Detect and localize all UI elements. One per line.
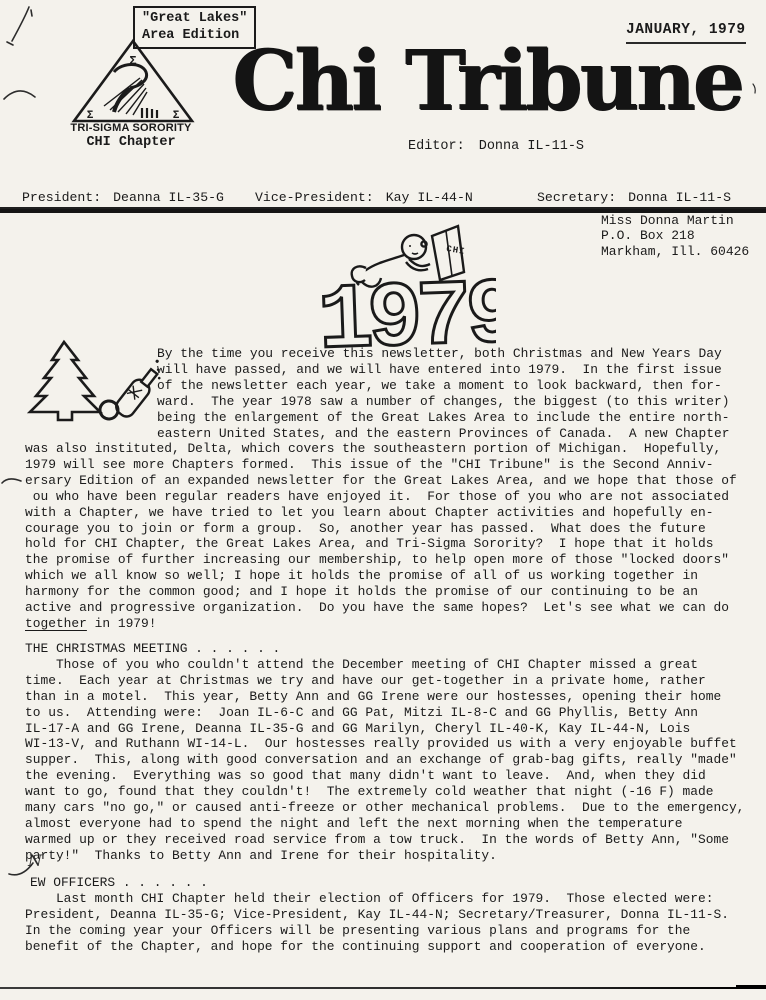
christmas-meeting-heading: THE CHRISTMAS MEETING . . . . . . [25, 641, 744, 657]
underlined-word: together [25, 616, 87, 631]
new-officers-heading: EW OFFICERS . . . . . . [30, 875, 208, 891]
officer-president-name: Deanna IL-35-G [113, 190, 224, 205]
christmas-tree-icon [30, 342, 100, 420]
officer-vice-president: Vice-President:Kay IL-44-N [255, 190, 473, 206]
pen-mark-arc [4, 91, 35, 99]
intro-last-line: together in 1979! [25, 616, 737, 632]
editor-line: Editor:Donna IL-11-S [408, 139, 584, 155]
tri-sigma-crest-icon: Σ Σ Σ [70, 38, 196, 124]
pen-mark-slash [7, 7, 32, 45]
officer-president-label: President: [22, 190, 101, 205]
svg-text:Σ: Σ [173, 110, 180, 122]
new-officers-body: Last month CHI Chapter held their electi… [25, 891, 729, 955]
pen-mark-tick-right [753, 84, 755, 93]
intro-paragraph-lines: was also instituted, Delta, which covers… [25, 441, 737, 616]
editor-label: Editor: [408, 139, 465, 154]
officer-vice-president-name: Kay IL-44-N [386, 190, 473, 205]
editor-name: Donna IL-11-S [479, 139, 584, 154]
holiday-art [16, 338, 164, 436]
officer-secretary-name: Donna IL-11-S [628, 190, 731, 205]
editor-address: Miss Donna Martin P.O. Box 218 Markham, … [601, 213, 749, 259]
intro-paragraph-full: was also instituted, Delta, which covers… [25, 441, 737, 632]
christmas-meeting-section: THE CHRISTMAS MEETING . . . . . . Those … [25, 641, 744, 864]
newsletter-page: "Great Lakes" Area Edition JANUARY, 1979… [0, 0, 766, 1000]
crest-motif [104, 65, 157, 119]
officer-secretary: Secretary:Donna IL-11-S [537, 190, 731, 206]
officer-vice-president-label: Vice-President: [255, 190, 374, 205]
edition-line-1: "Great Lakes" [142, 10, 247, 27]
baby-reading-1979-illustration: 1979 CHI [316, 220, 496, 352]
christmas-meeting-body: Those of you who couldn't attend the Dec… [25, 657, 744, 864]
crest-chapter-label: CHI Chapter [62, 135, 200, 151]
officers-bar: President:Deanna IL-35-G Vice-President:… [0, 190, 766, 209]
pen-mark-dash [2, 479, 21, 483]
intro-last-line-rest: in 1979! [87, 616, 157, 631]
svg-text:Σ: Σ [87, 110, 94, 122]
page-bottom-rule [0, 987, 766, 989]
intro-paragraph-indented: By the time you receive this newsletter,… [157, 346, 729, 441]
officer-secretary-label: Secretary: [537, 190, 616, 205]
crest-org-label: TRI-SIGMA SORORITY [62, 122, 200, 134]
handwritten-n-annotation: N [28, 851, 42, 870]
svg-text:1979: 1979 [316, 263, 496, 352]
officer-president: President:Deanna IL-35-G [22, 190, 224, 206]
party-popper-icon [96, 345, 164, 433]
masthead-title: Chi Tribune [232, 36, 712, 126]
